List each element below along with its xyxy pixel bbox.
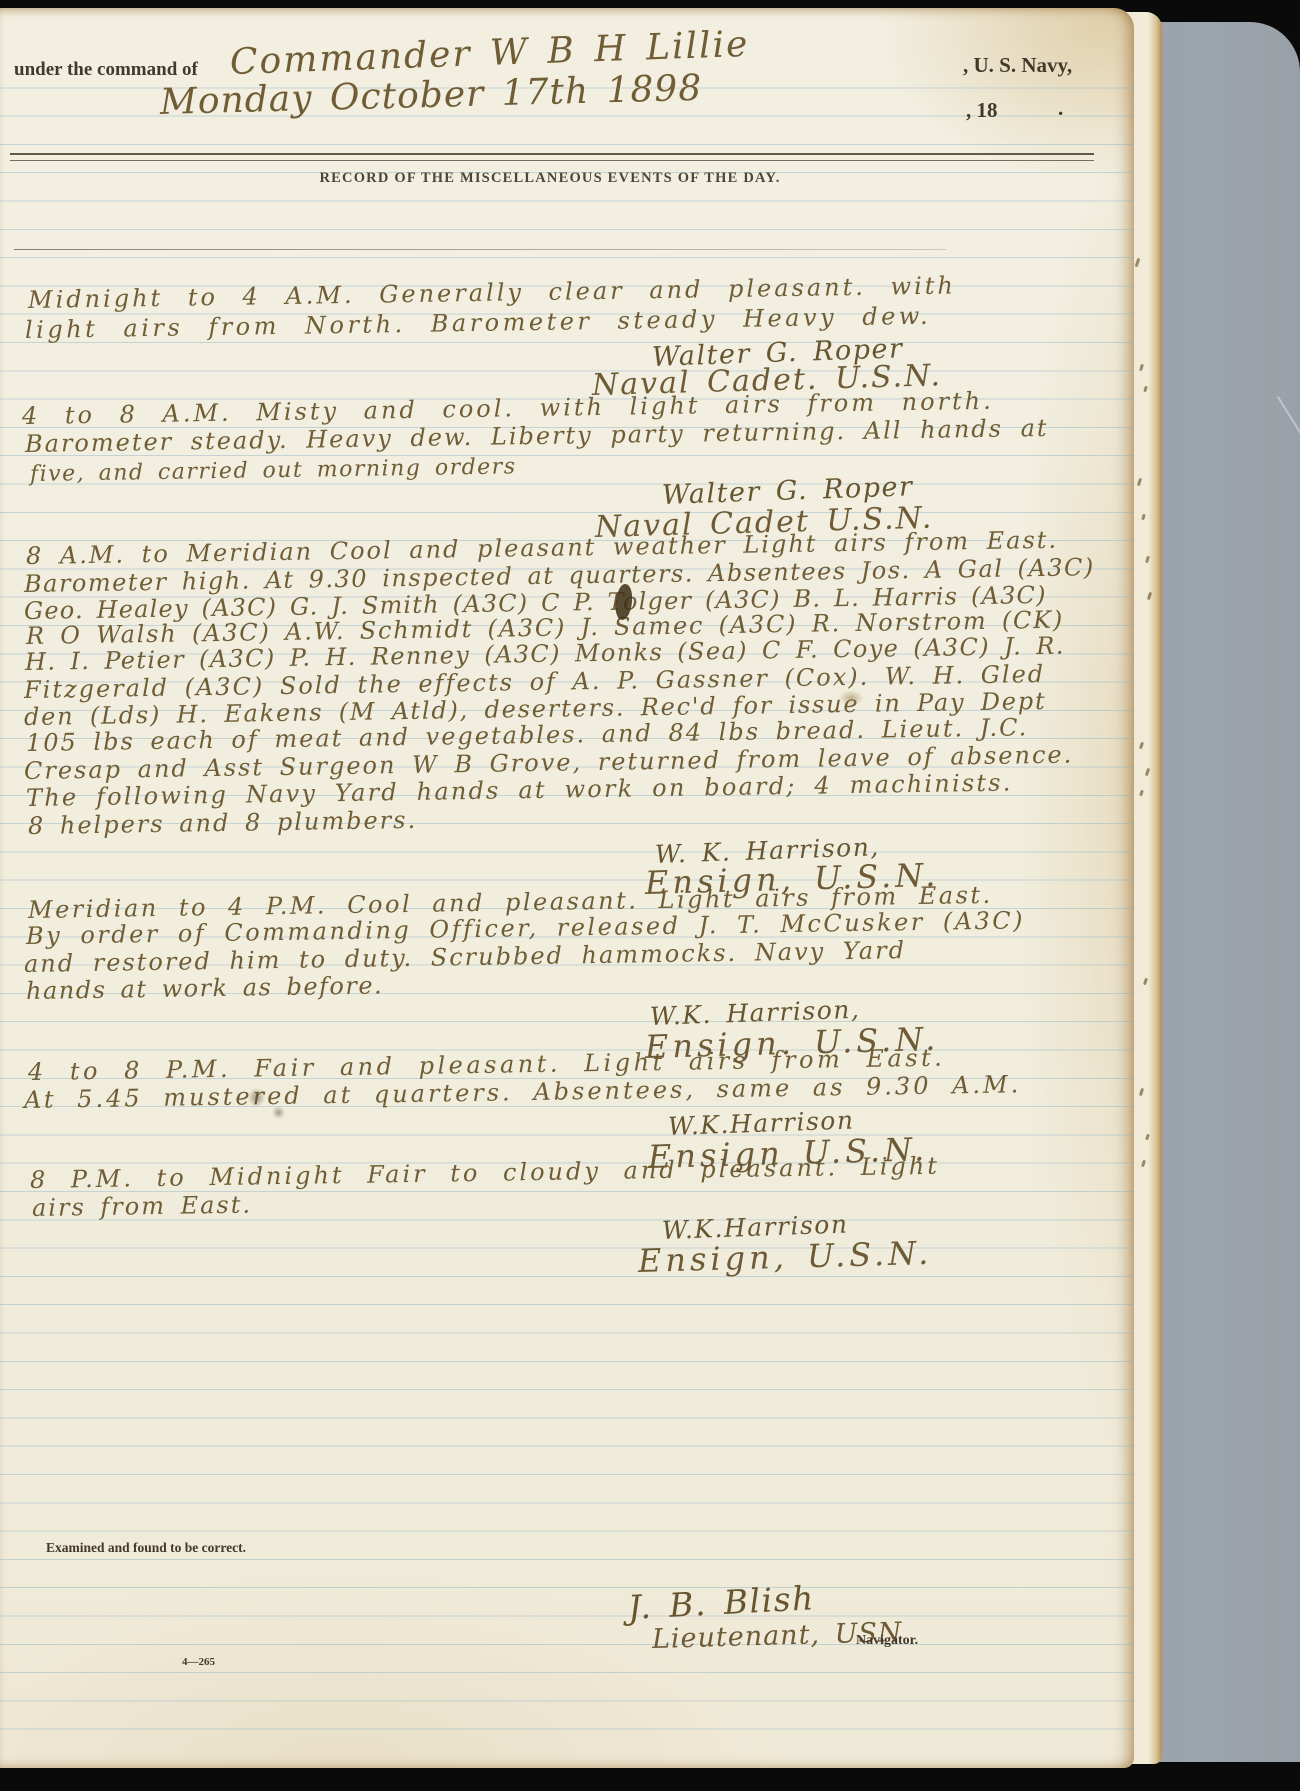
ink-speck: [1141, 514, 1146, 521]
section-title: RECORD OF THE MISCELLANEOUS EVENTS OF TH…: [0, 170, 1100, 187]
section-rule: [14, 249, 946, 250]
log-line: five, and carried out morning orders: [30, 454, 517, 487]
ink-speck: [1139, 364, 1144, 372]
log-line: hands at work as before.: [26, 971, 384, 1005]
log-line: 8 P.M. to Midnight Fair to cloudy and pl…: [30, 1152, 940, 1194]
signature-rank: Ensign, U.S.N.: [637, 1234, 932, 1280]
ink-speck: [1145, 556, 1150, 564]
ink-speck: [1139, 790, 1144, 797]
stain-spot: [838, 690, 864, 706]
ink-speck: [1137, 478, 1142, 487]
ink-speck: [1141, 1160, 1146, 1168]
ink-speck: [1145, 1134, 1150, 1141]
form-number: 4—265: [182, 1656, 215, 1668]
printed-year-label: , 18: [966, 98, 998, 123]
ink-speck: [1145, 768, 1150, 777]
header-double-rule: [10, 153, 1094, 161]
page-content: under the command of Commander W B H Lil…: [0, 0, 1300, 1791]
examined-statement: Examined and found to be correct.: [46, 1540, 246, 1556]
ink-speck: [1135, 258, 1141, 267]
ink-speck: [1139, 1088, 1144, 1097]
ink-speck: [1147, 592, 1152, 601]
printed-navigator-label: Navigator.: [856, 1633, 918, 1649]
ink-speck: [1143, 978, 1148, 986]
ink-smudge: [248, 1088, 265, 1107]
logbook-photo: under the command of Commander W B H Lil…: [0, 0, 1300, 1791]
printed-command-label: under the command of: [14, 59, 198, 81]
log-line: 8 helpers and 8 plumbers.: [28, 806, 418, 840]
ink-speck: [1143, 386, 1148, 393]
printed-navy-label: , U. S. Navy,: [963, 53, 1072, 78]
log-line: airs from East.: [32, 1191, 252, 1222]
printed-year-period: .: [1058, 96, 1063, 121]
ink-smudge: [272, 1106, 285, 1119]
ink-speck: [1139, 742, 1144, 750]
